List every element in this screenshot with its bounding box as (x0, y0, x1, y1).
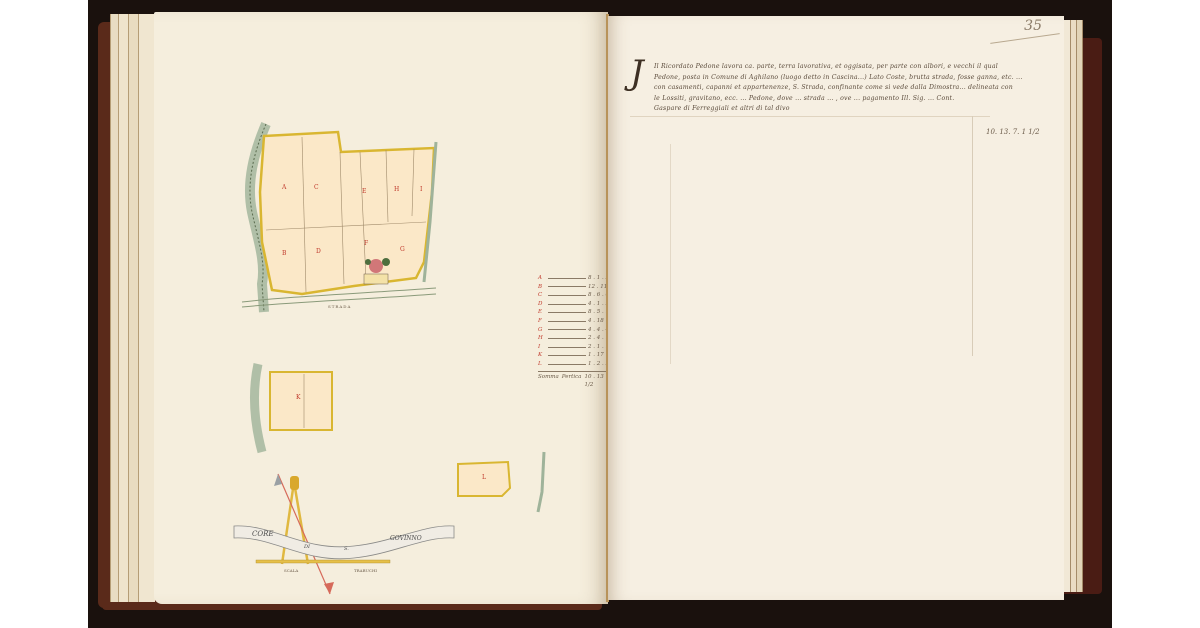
parcel-letter: G (400, 246, 405, 253)
ruled-line-horizontal (630, 116, 990, 117)
entry-line: con casamenti, capanni et appartenenze, … (654, 83, 1030, 94)
parcel-letter: E (362, 188, 366, 195)
svg-text:GOVINNO: GOVINNO (390, 535, 422, 542)
entry-line: Il Ricordato Pedone lavora ca. parte, te… (654, 62, 1030, 73)
page-stack-left-layer (138, 14, 155, 602)
svg-text:DI: DI (303, 544, 311, 550)
handwritten-entry: J Il Ricordato Pedone lavora ca. parte, … (630, 62, 1030, 115)
decorated-initial: J (630, 56, 644, 90)
entry-total: 10. 13. 7. 1 1/2 (986, 128, 1066, 136)
page-stack-right-layer (1064, 20, 1071, 592)
road-label: STRADA (328, 304, 351, 309)
left-page: CORE DI S. GOVINNO SCALA TRABUCHI A C E … (154, 12, 608, 604)
entry-line: Gaspare di Ferreggiali et altri di tal d… (654, 104, 1030, 115)
manuscript-photo: CORE DI S. GOVINNO SCALA TRABUCHI A C E … (88, 0, 1112, 628)
svg-text:SCALA: SCALA (284, 568, 298, 573)
parcel-letter: L (482, 474, 486, 481)
svg-text:CORE: CORE (252, 530, 273, 538)
folio-number: 35 (1024, 18, 1042, 34)
parcel-letter: C (314, 184, 319, 191)
ruled-line-vertical (972, 116, 973, 356)
entry-line: le Lossiti, gravitano, ecc. ... Pedone, … (654, 94, 1030, 105)
parcel-letter: K (296, 394, 300, 401)
entry-line: Pedone, posta in Comune di Aghilano (luo… (654, 73, 1030, 84)
parcel-letter: A (282, 184, 286, 191)
parcel-letter: H (394, 186, 399, 193)
parcel-letter: I (420, 186, 422, 193)
parcel-letter: D (316, 248, 321, 255)
svg-text:TRABUCHI: TRABUCHI (354, 568, 377, 573)
right-page: 35 J Il Ricordato Pedone lavora ca. part… (608, 16, 1064, 600)
parcel-letter: F (364, 240, 368, 247)
ruled-line-vertical (670, 144, 671, 364)
svg-text:S.: S. (344, 546, 349, 552)
parcel-letter: B (282, 250, 286, 257)
folio-underline (990, 33, 1059, 44)
